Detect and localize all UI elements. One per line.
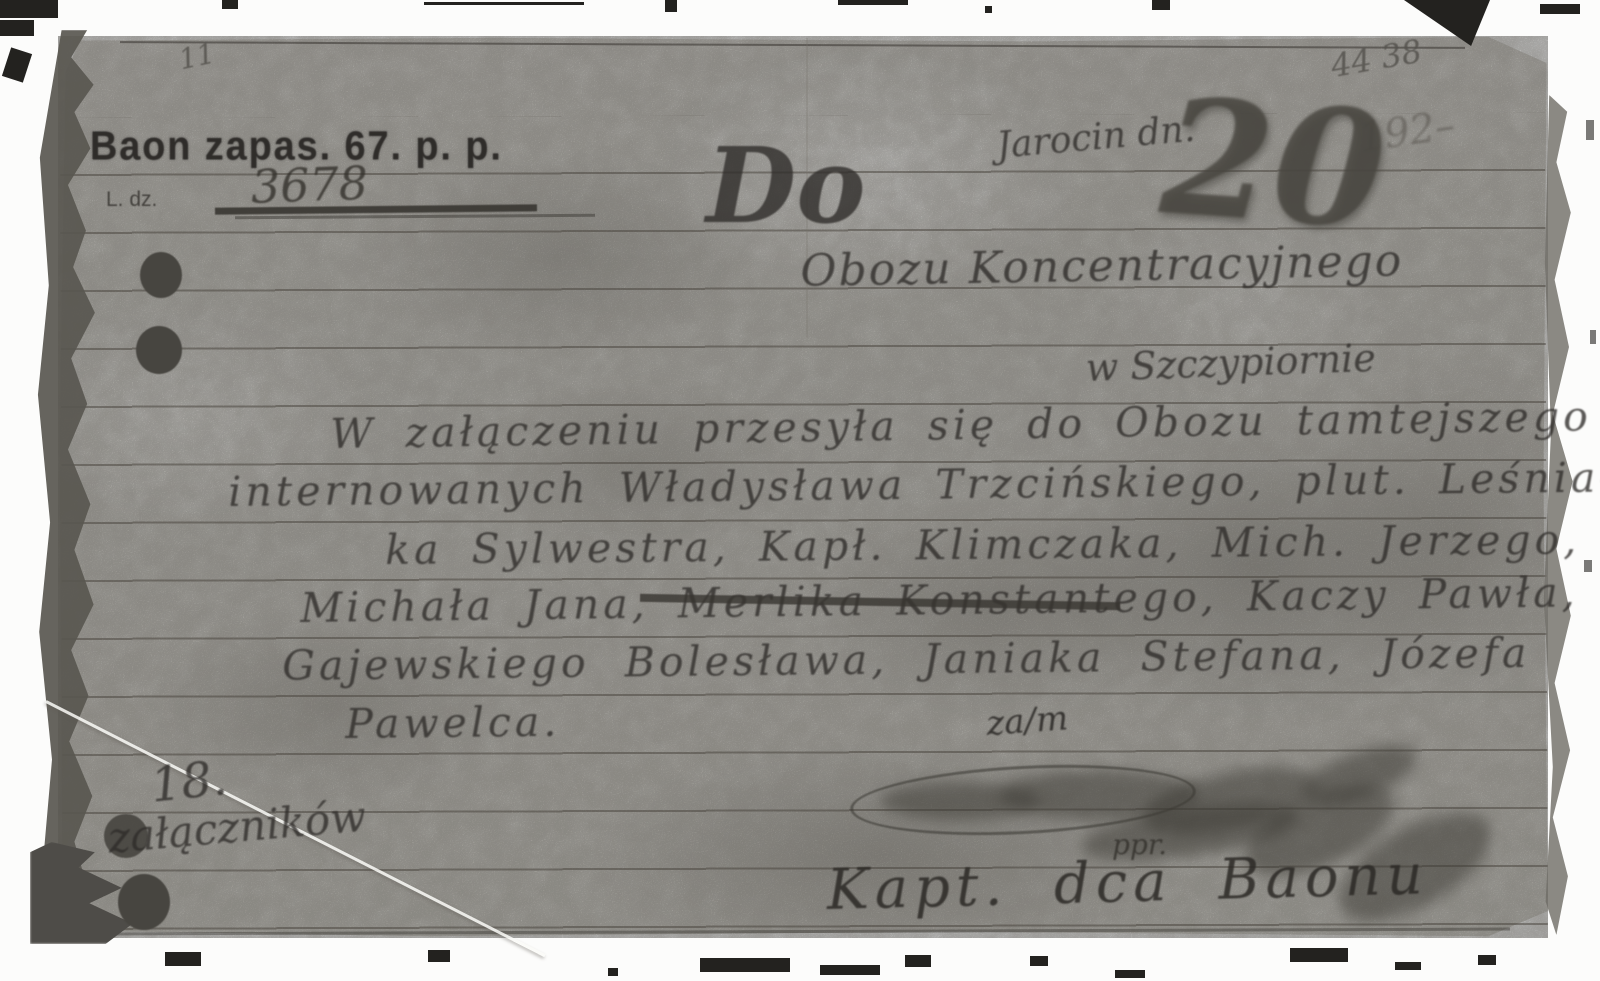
scan-speck (1395, 962, 1421, 970)
scan-speck (1540, 4, 1580, 14)
scan-speck (1586, 120, 1594, 140)
ldz-label: L. dz. (106, 188, 157, 212)
scan-speck (1290, 948, 1348, 962)
address-initial-do: Do (706, 134, 866, 238)
per-pro-mark: za/m (985, 698, 1069, 744)
scan-speck (1152, 0, 1170, 10)
scan-speck (0, 20, 34, 36)
scan-speck (700, 958, 790, 972)
scanned-document: Baon zapas. 67. p. p. L. dz. 3678 11 44 … (0, 0, 1600, 981)
scan-speck (1584, 560, 1592, 572)
scan-speck (608, 968, 618, 976)
scan-speck (1030, 956, 1048, 966)
ldz-number-handwritten: 3678 (250, 156, 369, 214)
scan-speck (222, 0, 238, 9)
scan-speck (905, 955, 931, 967)
address-line-camp: Obozu Koncentracyjnego (800, 235, 1404, 297)
scan-speck (1115, 970, 1145, 978)
scan-speck (424, 2, 584, 5)
scan-speck (820, 965, 880, 975)
punch-hole (136, 326, 182, 374)
scan-speck (428, 950, 450, 962)
scan-speck (1590, 330, 1596, 344)
punch-hole (118, 874, 170, 930)
big-pencil-number: 20 (1157, 76, 1390, 251)
body-line: Pawelca. (345, 698, 561, 748)
scan-speck (0, 0, 58, 18)
punch-hole (140, 252, 182, 298)
scan-speck (1478, 955, 1496, 965)
scan-speck (985, 6, 992, 13)
scan-speck (2, 47, 32, 82)
scan-speck (665, 0, 677, 12)
scan-speck (165, 952, 201, 966)
scan-speck (838, 0, 908, 5)
